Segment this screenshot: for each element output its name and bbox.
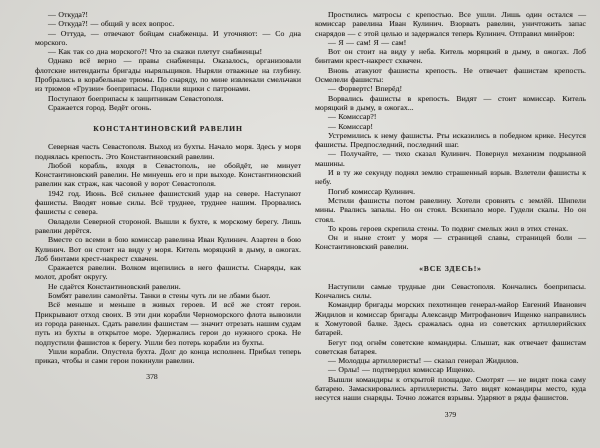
paragraph: — Форвертс! Вперёд!: [315, 84, 586, 93]
paragraph: Погиб комиссар Кулинич.: [315, 187, 586, 196]
paragraph: Вышли командиры к открытой площадке. Смо…: [315, 375, 586, 403]
paragraph: — Комиссар!: [315, 122, 586, 131]
right-page: Простились матросы с крепостью. Все ушли…: [315, 10, 586, 419]
paragraph: Устремились к нему фашисты. Рты исказили…: [315, 131, 586, 150]
page-number-left: 378: [19, 372, 285, 381]
paragraph: — Я — сам! Я — сам!: [315, 38, 586, 47]
paragraph: — Оттуда, — отвечают бойцам снабженцы. И…: [35, 29, 301, 48]
paragraph: — Откуда?!: [35, 10, 301, 19]
page-number-right: 379: [315, 410, 586, 419]
story-heading: «ВСЕ ЗДЕСЬ!»: [315, 264, 586, 273]
paragraph: — Комиссар?!: [315, 112, 586, 121]
paragraph: Поступают боеприпасы к защитникам Севаст…: [35, 94, 301, 103]
book-spread: — Откуда?!— Откуда?! — общий у всех вопр…: [0, 0, 600, 448]
paragraph: Сражается город. Ведёт огонь.: [35, 103, 301, 112]
paragraph: И в ту же секунду поднял землю страшенны…: [315, 168, 586, 187]
paragraph: Наступили самые трудные дни Севастополя.…: [315, 282, 586, 301]
paragraph: Овладели Северной стороной. Вышли к бухт…: [35, 217, 301, 236]
paragraph: Северная часть Севастополя. Выход из бух…: [35, 142, 301, 161]
paragraph: Бомбят равелин самолёты. Танки в стены ч…: [35, 291, 301, 300]
paragraph: Он и ныне стоит у моря — страницей славы…: [315, 233, 586, 252]
left-page-body: — Откуда?!— Откуда?! — общий у всех вопр…: [35, 10, 301, 365]
paragraph: Ушли корабли. Опустела бухта. Долг до ко…: [35, 347, 301, 366]
paragraph: Бегут под огнём советские командиры. Слы…: [315, 338, 586, 357]
paragraph: Вместе со всеми в бою комиссар равелина …: [35, 235, 301, 263]
paragraph: — Получайте, — тихо сказал Кулинич. Пове…: [315, 149, 586, 168]
paragraph: 1942 год. Июнь. Всё сильнее фашистский у…: [35, 189, 301, 217]
paragraph: Сражается равелин. Волком вцепились в не…: [35, 263, 301, 282]
paragraph: — Откуда?! — общий у всех вопрос.: [35, 19, 301, 28]
paragraph: Любой корабль, входя в Севастополь, не о…: [35, 161, 301, 189]
paragraph: — Орлы! — подтвердил комиссар Ищенко.: [315, 365, 586, 374]
paragraph: Простились матросы с крепостью. Все ушли…: [315, 10, 586, 38]
paragraph: Мстили фашисты потом равелину. Хотели ср…: [315, 196, 586, 224]
paragraph: Не сдаётся Константиновский равелин.: [35, 282, 301, 291]
paragraph: Ворвались фашисты в крепость. Видят — ст…: [315, 94, 586, 113]
paragraph: Командир бригады морских пехотинцев гене…: [315, 300, 586, 337]
story-heading: КОНСТАНТИНОВСКИЙ РАВЕЛИН: [35, 124, 301, 133]
paragraph: Вот он стоит на виду у неба. Китель моря…: [315, 47, 586, 66]
paragraph: Однако всё верно — правы снабженцы. Оказ…: [35, 56, 301, 93]
right-page-body: Простились матросы с крепостью. Все ушли…: [315, 10, 586, 403]
paragraph: — Молодцы артиллеристы! — сказал генерал…: [315, 356, 586, 365]
left-page: — Откуда?!— Откуда?! — общий у всех вопр…: [35, 10, 301, 381]
paragraph: То кровь героев скрепила стены. То подви…: [315, 224, 586, 233]
paragraph: Вновь атакуют фашисты крепость. Не отвеч…: [315, 66, 586, 85]
paragraph: — Как так со дна морского?! Что за сказк…: [35, 47, 301, 56]
paragraph: Всё меньше и меньше в живых героев. И вс…: [35, 300, 301, 346]
